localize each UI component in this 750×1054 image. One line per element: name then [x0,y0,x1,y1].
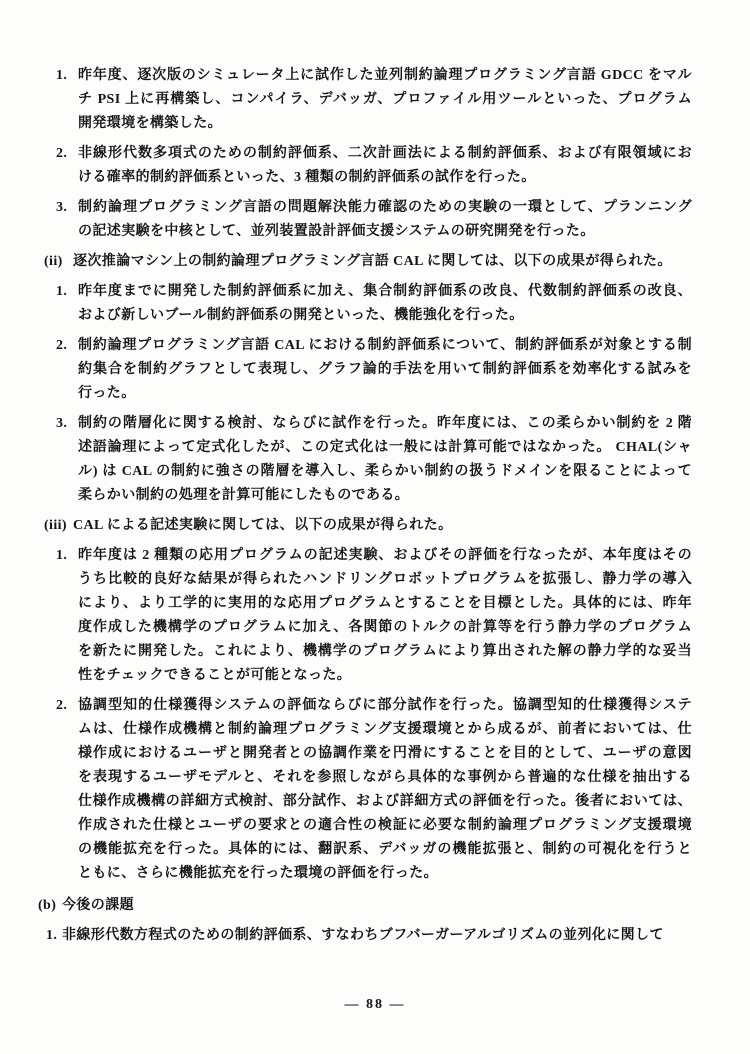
text-line: 逐次推論マシン上の制約論理プログラミング言語 CAL に関しては、以下の成果が得… [73,250,710,274]
text-line: 制約論理プログラミング言語の問題解決能力確認のための実験の一環として、プランニン… [78,196,692,220]
text-line: 今後の課題 [62,894,750,918]
list-item: 1.昨年度までに開発した制約評価系に加え、集合制約評価系の改良、代数制約評価系の… [0,280,750,328]
list-item: 2.非線形代数多項式のための制約評価系、二次計画法による制約評価系、および有限領… [0,142,750,190]
list-marker: 2. [56,694,67,718]
text-line: うち比較的良好な結果が得られたハンドリングロボットプログラムを拡張し、静力学の導… [78,568,692,592]
list-item: (iii)CAL による記述実験に関しては、以下の成果が得られた。 [0,514,750,538]
text-line: ける確率的制約評価系といった、3 種類の制約評価系の試作を行った。 [78,166,692,190]
text-line: ル) は CAL の制約に強さの階層を導入し、柔らかい制約の扱うドメインを限るこ… [78,460,692,484]
list-item: (b)今後の課題 [0,894,750,918]
list-item: 3.制約の階層化に関する検討、ならびに試作を行った。昨年度には、この柔らかい制約… [0,412,750,508]
text-line: 協調型知的仕様獲得システムの評価ならびに部分試作を行った。協調型知的仕様獲得シス… [78,694,692,718]
list-marker: 2. [56,334,67,358]
list-item: 1.昨年度は 2 種類の応用プログラムの記述実験、およびその評価を行なったが、本… [0,544,750,688]
text-line: 非線形代数方程式のための制約評価系、すなわちブフバーガーアルゴリズムの並列化に関… [62,924,710,948]
text-line: 性をチェックできることが可能となった。 [78,664,692,688]
text-line: および新しいブール制約評価系の開発といった、機能強化を行った。 [78,304,692,328]
text-line: 行った。 [78,382,692,406]
text-line: 柔らかい制約の処理を計算可能にしたものである。 [78,484,692,508]
text-line: CAL による記述実験に関しては、以下の成果が得られた。 [73,514,710,538]
text-line: 述語論理によって定式化したが、この定式化は一般には計算可能ではなかった。 CHA… [78,436,692,460]
text-line: の記述実験を中核として、並列装置設計評価支援システムの研究開発を行った。 [78,220,692,244]
text-line: 開発環境を構築した。 [78,112,692,136]
list-marker: 3. [56,196,67,220]
list-marker: 1. [46,924,57,948]
text-line: チ PSI 上に再構築し、コンパイラ、デバッガ、プロファイル用ツールといった、プ… [78,88,692,112]
page-number: — 88 — [0,997,750,1013]
text-line: 制約の階層化に関する検討、ならびに試作を行った。昨年度には、この柔らかい制約を … [78,412,692,436]
list-item: 2.協調型知的仕様獲得システムの評価ならびに部分試作を行った。協調型知的仕様獲得… [0,694,750,886]
list-marker: (ii) [44,250,63,274]
list-marker: 3. [56,412,67,436]
list-item: (ii)逐次推論マシン上の制約論理プログラミング言語 CAL に関しては、以下の… [0,250,750,274]
text-line: ともに、さらに機能拡充を行った環境の評価を行った。 [78,862,692,886]
list-item: 1.昨年度、逐次版のシミュレータ上に試作した並列制約論理プログラミング言語 GD… [0,64,750,136]
text-line: 昨年度は 2 種類の応用プログラムの記述実験、およびその評価を行なったが、本年度… [78,544,692,568]
text-line: 度作成した機構学のプログラムに加え、各関節のトルクの計算等を行う静力学のプログラ… [78,616,692,640]
list-item: 3.制約論理プログラミング言語の問題解決能力確認のための実験の一環として、プラン… [0,196,750,244]
list-item: 2.制約論理プログラミング言語 CAL における制約評価系について、制約評価系が… [0,334,750,406]
list-marker: (iii) [44,514,67,538]
text-line: 昨年度、逐次版のシミュレータ上に試作した並列制約論理プログラミング言語 GDCC… [78,64,692,88]
text-line: により、より工学的に実用的な応用プログラムとすることを目標とした。具体的には、昨… [78,592,692,616]
text-line: の機能拡充を行った。具体的には、翻訳系、デバッガの機能拡張と、制約の可視化を行う… [78,838,692,862]
document-body: 1.昨年度、逐次版のシミュレータ上に試作した並列制約論理プログラミング言語 GD… [0,64,750,954]
text-line: 仕様作成機構の詳細方式検討、部分試作、および詳細方式の評価を行った。後者において… [78,790,692,814]
text-line: 制約論理プログラミング言語 CAL における制約評価系について、制約評価系が対象… [78,334,692,358]
text-line: を表現するユーザモデルと、それを参照しながら具体的な事例から普遍的な仕様を抽出す… [78,766,692,790]
document-page: 1.昨年度、逐次版のシミュレータ上に試作した並列制約論理プログラミング言語 GD… [0,0,750,1054]
list-marker: (b) [38,894,56,918]
text-line: 様作成におけるユーザと開発者との協調作業を円滑にすることを目的として、ユーザの意… [78,742,692,766]
list-item: 1.非線形代数方程式のための制約評価系、すなわちブフバーガーアルゴリズムの並列化… [0,924,750,948]
text-line: ムは、仕様作成機構と制約論理プログラミング支援環境とから成るが、前者においては、… [78,718,692,742]
text-line: を新たに開発した。これにより、機構学のプログラムにより算出された解の静力学的な妥… [78,640,692,664]
list-marker: 1. [56,64,67,88]
list-marker: 1. [56,544,67,568]
list-marker: 2. [56,142,67,166]
text-line: 約集合を制約グラフとして表現し、グラフ論的手法を用いて制約評価系を効率化する試み… [78,358,692,382]
text-line: 非線形代数多項式のための制約評価系、二次計画法による制約評価系、および有限領域に… [78,142,692,166]
text-line: 作成された仕様とユーザの要求との適合性の検証に必要な制約論理プログラミング支援環… [78,814,692,838]
text-line: 昨年度までに開発した制約評価系に加え、集合制約評価系の改良、代数制約評価系の改良… [78,280,692,304]
list-marker: 1. [56,280,67,304]
